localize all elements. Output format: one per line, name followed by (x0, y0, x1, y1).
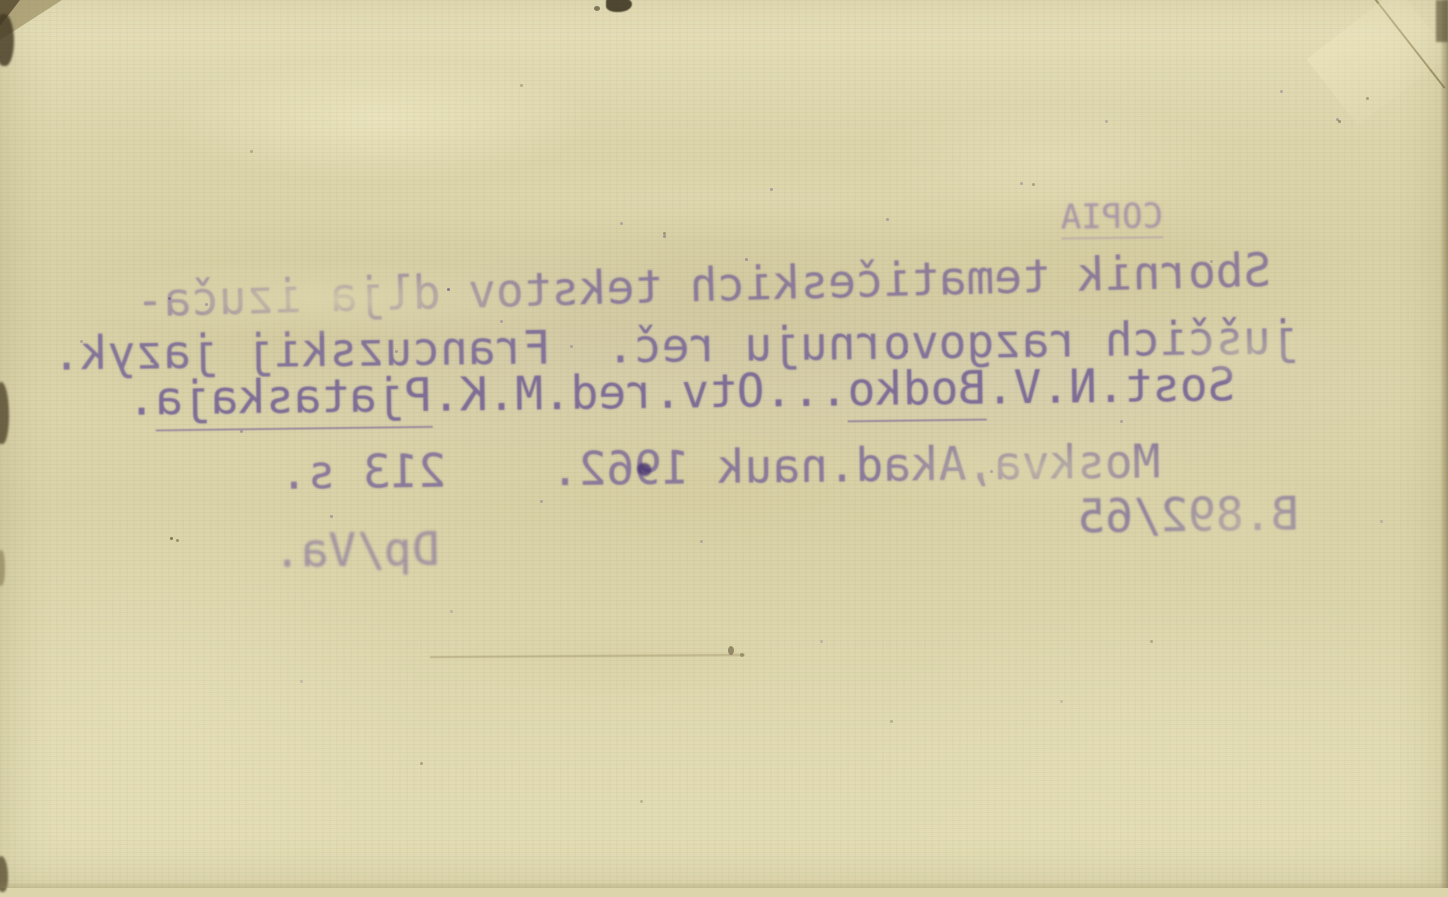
sost-text: Sost.N.V. (986, 357, 1236, 414)
compiler-name-underlined: Bodko (847, 361, 986, 423)
accession-number: B.892/65 (1077, 490, 1299, 539)
right-edge-shadow (1440, 0, 1448, 888)
dark-paper-specks (0, 0, 3, 3)
title-line-1: Sbornik tematičeskich tekstov dlja izuča… (135, 247, 1271, 324)
copia-stamp: COPIA (1060, 199, 1163, 239)
editor-text: ...Otv.red.M.K. (432, 362, 848, 421)
editor-name-underlined: Pjataskaja (155, 368, 433, 432)
crease-pencil-dot-small (740, 653, 744, 657)
top-edge-ink-speck-small (594, 6, 600, 11)
ink-blot (637, 463, 651, 476)
page-count-text: 213 s. (280, 448, 447, 496)
classification-mark: Dp/Va. (273, 526, 440, 574)
crease-pencil-dot (728, 646, 734, 655)
statement-end-period: . (127, 371, 155, 425)
imprint-line: Moskva,Akad.nauk 1962.213 s. (280, 438, 1161, 496)
statement-of-responsibility-line: Sost.N.V.Bodko...Otv.red.M.K.Pjataskaja. (127, 361, 1235, 421)
mirrored-typewriter-content: COPIA Sbornik tematičeskich tekstov dlja… (0, 0, 1448, 888)
right-edge-dark-corner (1436, 0, 1448, 42)
bottom-edge-shadow (0, 882, 1448, 888)
catalog-card-scan: COPIA Sbornik tematičeskich tekstov dlja… (0, 0, 1448, 888)
